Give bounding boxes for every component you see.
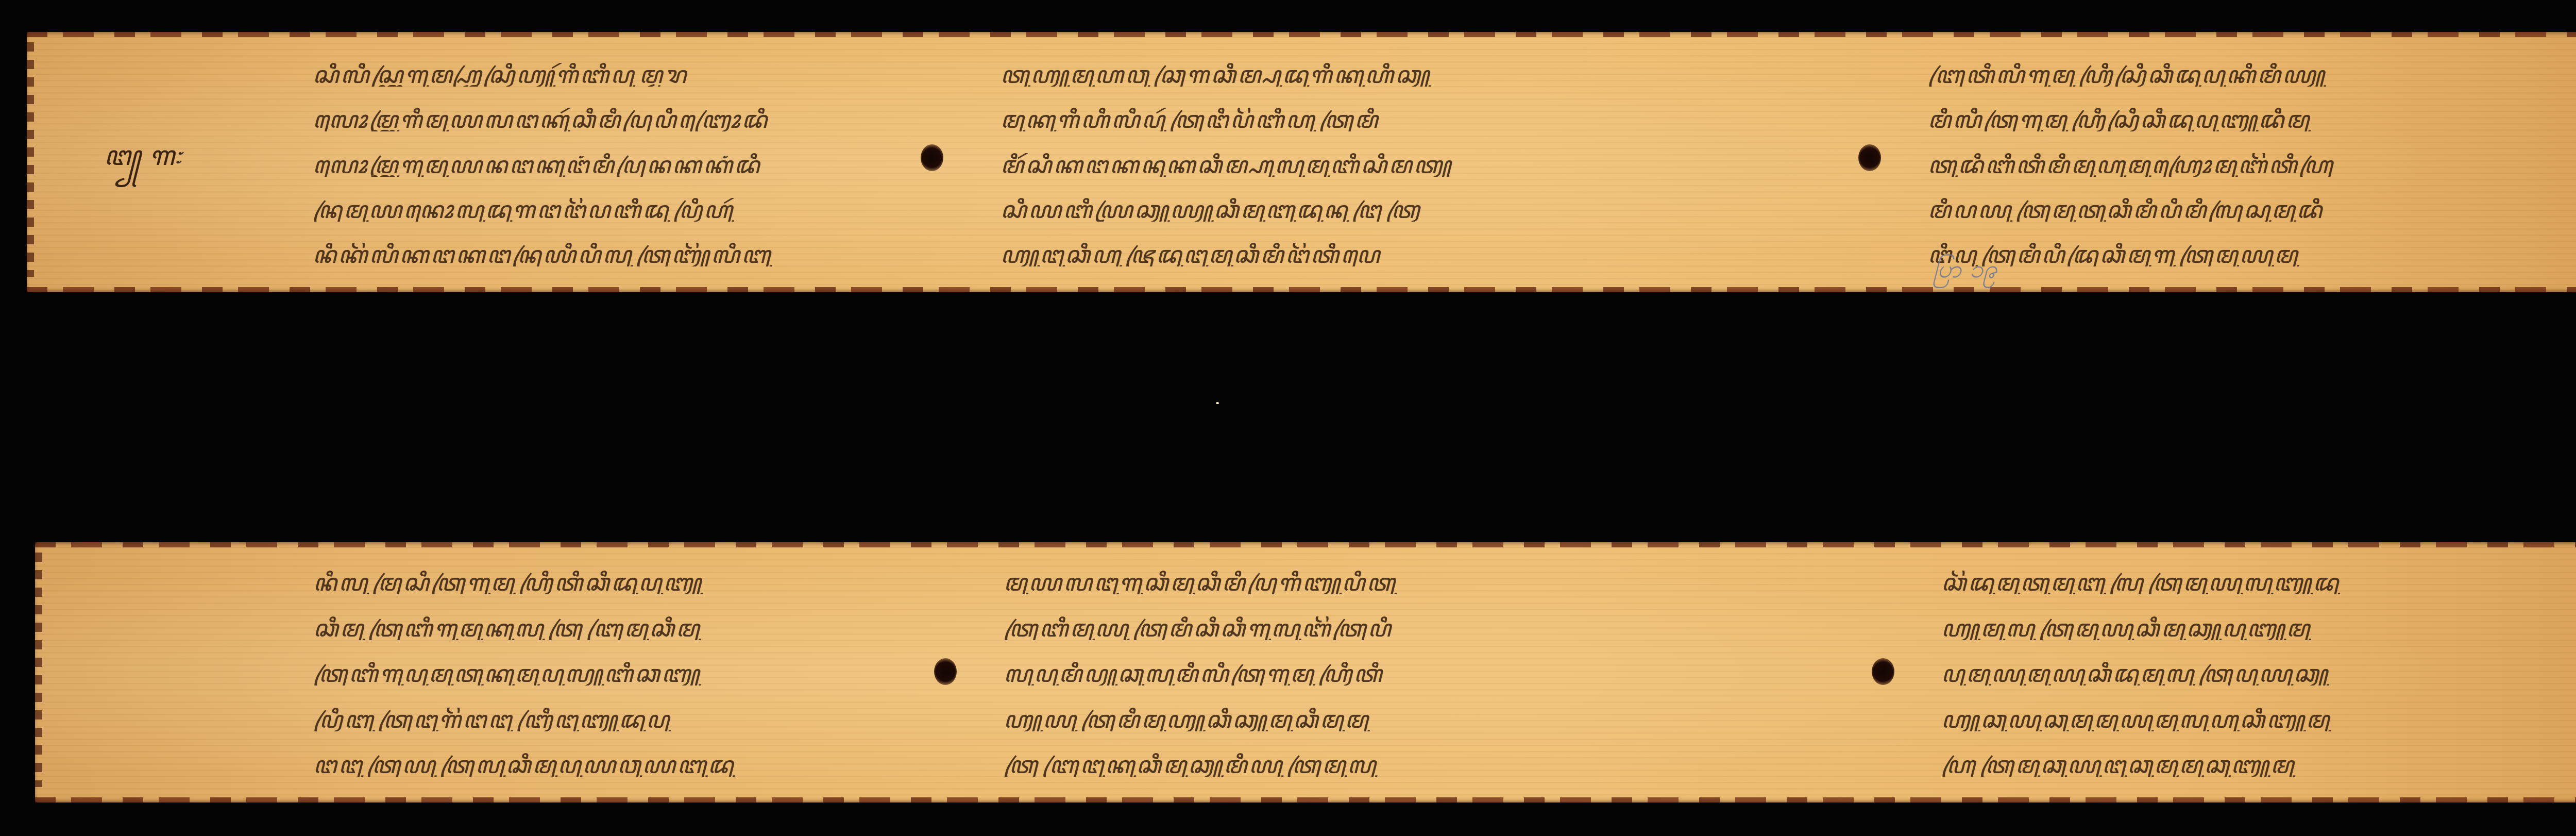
- script-line: ꦲꦾꦸꦪꦸꦠꦿꦸꦩꦶꦩꦸꦲꦾꦸꦕꦶꦕꦾꦸꦩꦸꦕꦶꦩꦸꦩꦸ: [1004, 708, 1833, 731]
- script-line: ꦩꦸꦏꦸꦒꦶꦲꦶꦭꦶꦥꦸꦂꦠꦿꦸꦔꦶꦥꦼꦧꦶꦲꦸꦠꦿꦸꦩꦶ: [1001, 108, 1825, 131]
- script-line: ꦭꦺꦴꦩ꧀ꦠꦿꦸꦒꦸꦩꦸꦪꦤꦔꦏꦸꦔꦁꦩꦶꦥꦿꦸꦤꦏꦏꦁꦢꦶ: [313, 153, 908, 177]
- script-line: ꦭꦸꦥꦸꦩꦶꦥꦾꦸꦕꦸꦭꦸꦩꦶꦭꦶꦠꦿꦸꦒꦸꦩꦸꦲꦿꦶꦠꦶ: [1004, 662, 1833, 685]
- script-line: ꦥꦸꦩꦸꦪꦸꦩꦸꦪꦸꦕꦶꦢꦸꦩꦸꦭꦸꦠꦿꦸꦥꦸꦪꦸꦕꦾꦸ: [1941, 662, 2576, 685]
- string-hole-left: [921, 144, 943, 171]
- script-line: ꦩꦸꦪꦭꦔꦸꦒꦸꦕꦶꦩꦸꦕꦶꦩꦶꦥꦿꦸꦒꦶꦧꦾꦸꦥꦶꦠꦸ: [1004, 571, 1833, 594]
- string-hole-left: [934, 658, 957, 685]
- palm-leaf-top: ꦔ꧀ ꧑꧇ ꦱꦶꦭꦶꦱ꧀ꦠꦿꦒꦸꦩ꧀ꦲ꧀ꦧꦿꦱꦿꦶꦲꦾꦸꦂꦒꦶꦧꦶꦥꦸꦩ꧀ꦢꦸꦫ…: [27, 32, 2576, 292]
- palm-leaf-bottom: ꦤꦶꦭꦸꦩꦿꦸꦱꦶꦠꦿꦸꦒꦸꦩꦸꦲꦿꦶꦠꦶꦕꦶꦢꦸꦥꦸꦧꦾꦸ ꦕꦶꦩꦸꦠꦿꦸꦧꦶ…: [35, 542, 2576, 802]
- script-section-1: ꦤꦶꦭꦸꦩꦿꦸꦱꦶꦠꦿꦸꦒꦸꦩꦸꦲꦿꦶꦠꦶꦕꦶꦢꦸꦥꦸꦧꦾꦸ ꦕꦶꦩꦸꦠꦿꦸꦧꦶ…: [313, 571, 916, 777]
- script-line: ꦲꦾꦸꦩꦸꦭꦸꦠꦿꦸꦩꦸꦪꦸꦕꦶꦩꦸꦕꦾꦸꦥꦸꦧꦾꦸꦩꦸ: [1941, 616, 2576, 640]
- string-hole-right: [1872, 658, 1894, 685]
- leaf-damaged-edge-top: [27, 32, 2576, 37]
- script-line: ꦕꦼꦢꦸꦩꦸꦠꦸꦩꦸꦧꦸꦭꦿꦸꦠꦿꦸꦩꦸꦪꦸꦭꦸꦧꦾꦸꦢꦸ: [1941, 571, 2576, 594]
- script-line: ꦱꦶꦭꦶꦱ꧀ꦠꦿꦒꦸꦩ꧀ꦲ꧀ꦧꦿꦱꦿꦶꦲꦾꦸꦂꦒꦶꦧꦶꦥꦸꦩ꧀ꦢꦸꦫ: [313, 63, 908, 87]
- leaf-damaged-edge-left: [27, 42, 34, 277]
- script-section-1: ꦱꦶꦭꦶꦱ꧀ꦠꦿꦒꦸꦩ꧀ꦲ꧀ꦧꦿꦱꦿꦶꦲꦾꦸꦂꦒꦶꦧꦶꦥꦸꦩ꧀ꦢꦸꦫ ꦭꦺꦴꦩ꧀…: [313, 63, 908, 266]
- folio-margin-numeral: ꦔ꧀ ꧑꧇: [104, 135, 181, 190]
- script-line: ꦲꦾꦸꦕꦸꦪꦸꦕꦸꦩꦸꦩꦸꦪꦸꦩꦸꦭꦸꦲꦸꦕꦶꦧꦾꦸꦩꦸ: [1941, 708, 2576, 731]
- dust-speck: [1216, 402, 1219, 404]
- script-line: ꦔꦶꦥꦸꦠꦿꦸꦩꦶꦥꦶꦢꦿꦸꦕꦶꦩꦸꦒꦸꦠꦿꦸꦩꦸꦪꦸꦩꦸ: [1928, 243, 2576, 266]
- script-line: ꦧꦿꦸꦠꦶꦭꦶꦒꦸꦩꦸꦲꦿꦶꦱꦿꦶꦕꦶꦢꦸꦥꦸꦏꦶꦩꦶꦪꦾꦸ: [1928, 63, 2576, 87]
- leaf-damaged-edge-bottom: [27, 287, 2576, 292]
- script-line: ꦤꦶꦭꦸꦩꦿꦸꦱꦶꦠꦿꦸꦒꦸꦩꦸꦲꦿꦶꦠꦶꦕꦶꦢꦸꦥꦸꦧꦾꦸ: [313, 571, 916, 594]
- script-line: ꦭꦺꦴꦩ꧀ꦠꦿꦸꦒꦶꦩꦸꦪꦭꦔꦏꦸꦂꦕꦶꦩꦶꦥꦿꦸꦥꦶꦧꦿꦺꦴꦢꦶ: [313, 108, 908, 131]
- script-line: ꦲꦾꦸꦔꦸꦕꦶꦲꦸꦗꦿꦸꦢꦸꦔꦸꦩꦸꦕꦶꦩꦶꦔꦼꦠꦶꦥꦺ: [1001, 243, 1825, 266]
- script-section-3: ꦧꦿꦸꦠꦶꦭꦶꦒꦸꦩꦸꦲꦿꦶꦱꦿꦶꦕꦶꦢꦸꦥꦸꦏꦶꦩꦶꦪꦾꦸ ꦩꦶꦭꦶꦠꦿꦸꦒꦸ…: [1928, 63, 2576, 266]
- string-hole-right: [1858, 144, 1881, 171]
- script-line: ꦱꦶꦪꦧꦶꦪꦿꦕꦾꦸꦪꦾꦸꦕꦶꦩꦸꦧꦸꦢꦸꦤꦸꦔꦿꦸꦠꦿ: [1001, 198, 1825, 222]
- script-line: ꦠꦸꦢꦶꦧꦶꦠꦶꦩꦶꦩꦸꦲꦸꦩꦸꦲꦿꦺꦴꦩꦸꦧꦼꦠꦶꦲꦿꦸ: [1928, 153, 2576, 177]
- script-line: ꦔꦔꦸꦠꦿꦸꦪꦸꦠꦿꦸꦭꦸꦕꦶꦩꦸꦥꦸꦪꦮꦸꦪꦧꦸꦢꦸ: [313, 753, 916, 777]
- script-line: ꦩꦶꦥꦪꦸꦠꦿꦸꦩꦸꦠꦸꦕꦶꦩꦶꦥꦶꦩꦶꦭꦿꦸꦱꦸꦩꦸꦢꦶ: [1928, 198, 2576, 222]
- script-line: ꦠꦸꦲꦾꦸꦩꦸꦲꦮꦸꦕꦿꦸꦒꦕꦶꦩ꧀ꦥꦸꦢꦸꦒꦶꦏꦸꦲꦶꦕꦾꦸ: [1001, 63, 1825, 87]
- script-section-3: ꦕꦼꦢꦸꦩꦸꦠꦸꦩꦸꦧꦸꦭꦿꦸꦠꦿꦸꦩꦸꦪꦸꦭꦸꦧꦾꦸꦢꦸ ꦲꦾꦸꦩꦸꦭꦸꦠꦿꦸ…: [1941, 571, 2576, 777]
- script-section-2: ꦠꦸꦲꦾꦸꦩꦸꦲꦮꦸꦕꦿꦸꦒꦕꦶꦩ꧀ꦥꦸꦢꦸꦒꦶꦏꦸꦲꦶꦕꦾꦸ ꦩꦸꦏꦸꦒꦶꦲꦶ…: [1001, 63, 1825, 266]
- script-line: ꦠꦿꦸꦧꦶꦩꦸꦪꦸꦠꦿꦸꦩꦶꦕꦶꦕꦶꦒꦸꦭꦸꦧꦼꦠꦿꦸꦥꦶ: [1004, 616, 1833, 640]
- script-line: ꦥꦿꦶꦧꦸꦠꦿꦸꦔꦸꦒꦼꦔꦔꦸꦧꦿꦶꦔꦸꦧꦾꦸꦢꦸꦥꦸ: [313, 708, 916, 731]
- script-line: ꦩꦶꦭꦶꦠꦿꦸꦒꦸꦩꦸꦲꦿꦶꦱꦿꦶꦕꦶꦢꦸꦥꦸꦧꦾꦸꦢꦶꦩꦸ: [1928, 108, 2576, 131]
- pencil-annotation: ပြာ ၁၉: [1933, 254, 1997, 290]
- script-line: ꦕꦶꦩꦸꦠꦿꦸꦧꦶꦒꦸꦩꦸꦏꦸꦭꦸꦠꦿꦸꦧꦿꦸꦩꦸꦕꦶꦩꦸ: [313, 616, 916, 640]
- script-line: ꦤꦶꦏꦼꦭꦶꦏꦔꦏꦔꦤꦿꦸꦪꦶꦥꦶꦭꦸꦠꦿꦸꦧꦾꦼꦭꦶꦧꦸ: [313, 243, 908, 266]
- script-line: ꦩꦶꦂꦱꦶꦏꦔꦏꦤꦸꦏꦕꦶꦩ꧀ꦲꦸꦭꦸꦩꦸꦧꦶꦱꦶꦩꦠꦾ: [1001, 153, 1825, 177]
- leaf-damaged-edge-bottom: [35, 797, 2576, 802]
- leaf-damaged-edge-left: [35, 553, 42, 787]
- script-line: ꦤꦿꦸꦩꦸꦪꦤꦺꦴꦭꦸꦢꦸꦒꦔꦔꦼꦥꦧꦶꦢꦸꦥꦿꦶꦲꦸꦂ: [313, 198, 908, 222]
- script-line: ꦠꦿꦸꦧꦿꦸꦔꦸꦏꦸꦕꦶꦩꦸꦕꦾꦸꦩꦶꦪꦸꦠꦿꦸꦩꦸꦭꦸ: [1004, 753, 1833, 777]
- script-line: ꦲꦿꦸꦠꦿꦸꦩꦸꦕꦸꦪꦸꦔꦸꦕꦸꦩꦸꦩꦸꦕꦸꦧꦾꦸꦩꦸ: [1941, 753, 2576, 777]
- script-section-2: ꦩꦸꦪꦭꦔꦸꦒꦸꦕꦶꦩꦸꦕꦶꦩꦶꦥꦿꦸꦒꦶꦧꦾꦸꦥꦶꦠꦸ ꦠꦿꦸꦧꦶꦩꦸꦪꦸꦠꦿ…: [1004, 571, 1833, 777]
- leaf-damaged-edge-top: [35, 542, 2576, 547]
- script-line: ꦠꦿꦸꦧꦶꦒꦸꦥꦸꦩꦸꦠꦸꦏꦸꦩꦸꦥꦸꦭꦾꦸꦧꦶꦕꦧꦾꦸ: [313, 662, 916, 685]
